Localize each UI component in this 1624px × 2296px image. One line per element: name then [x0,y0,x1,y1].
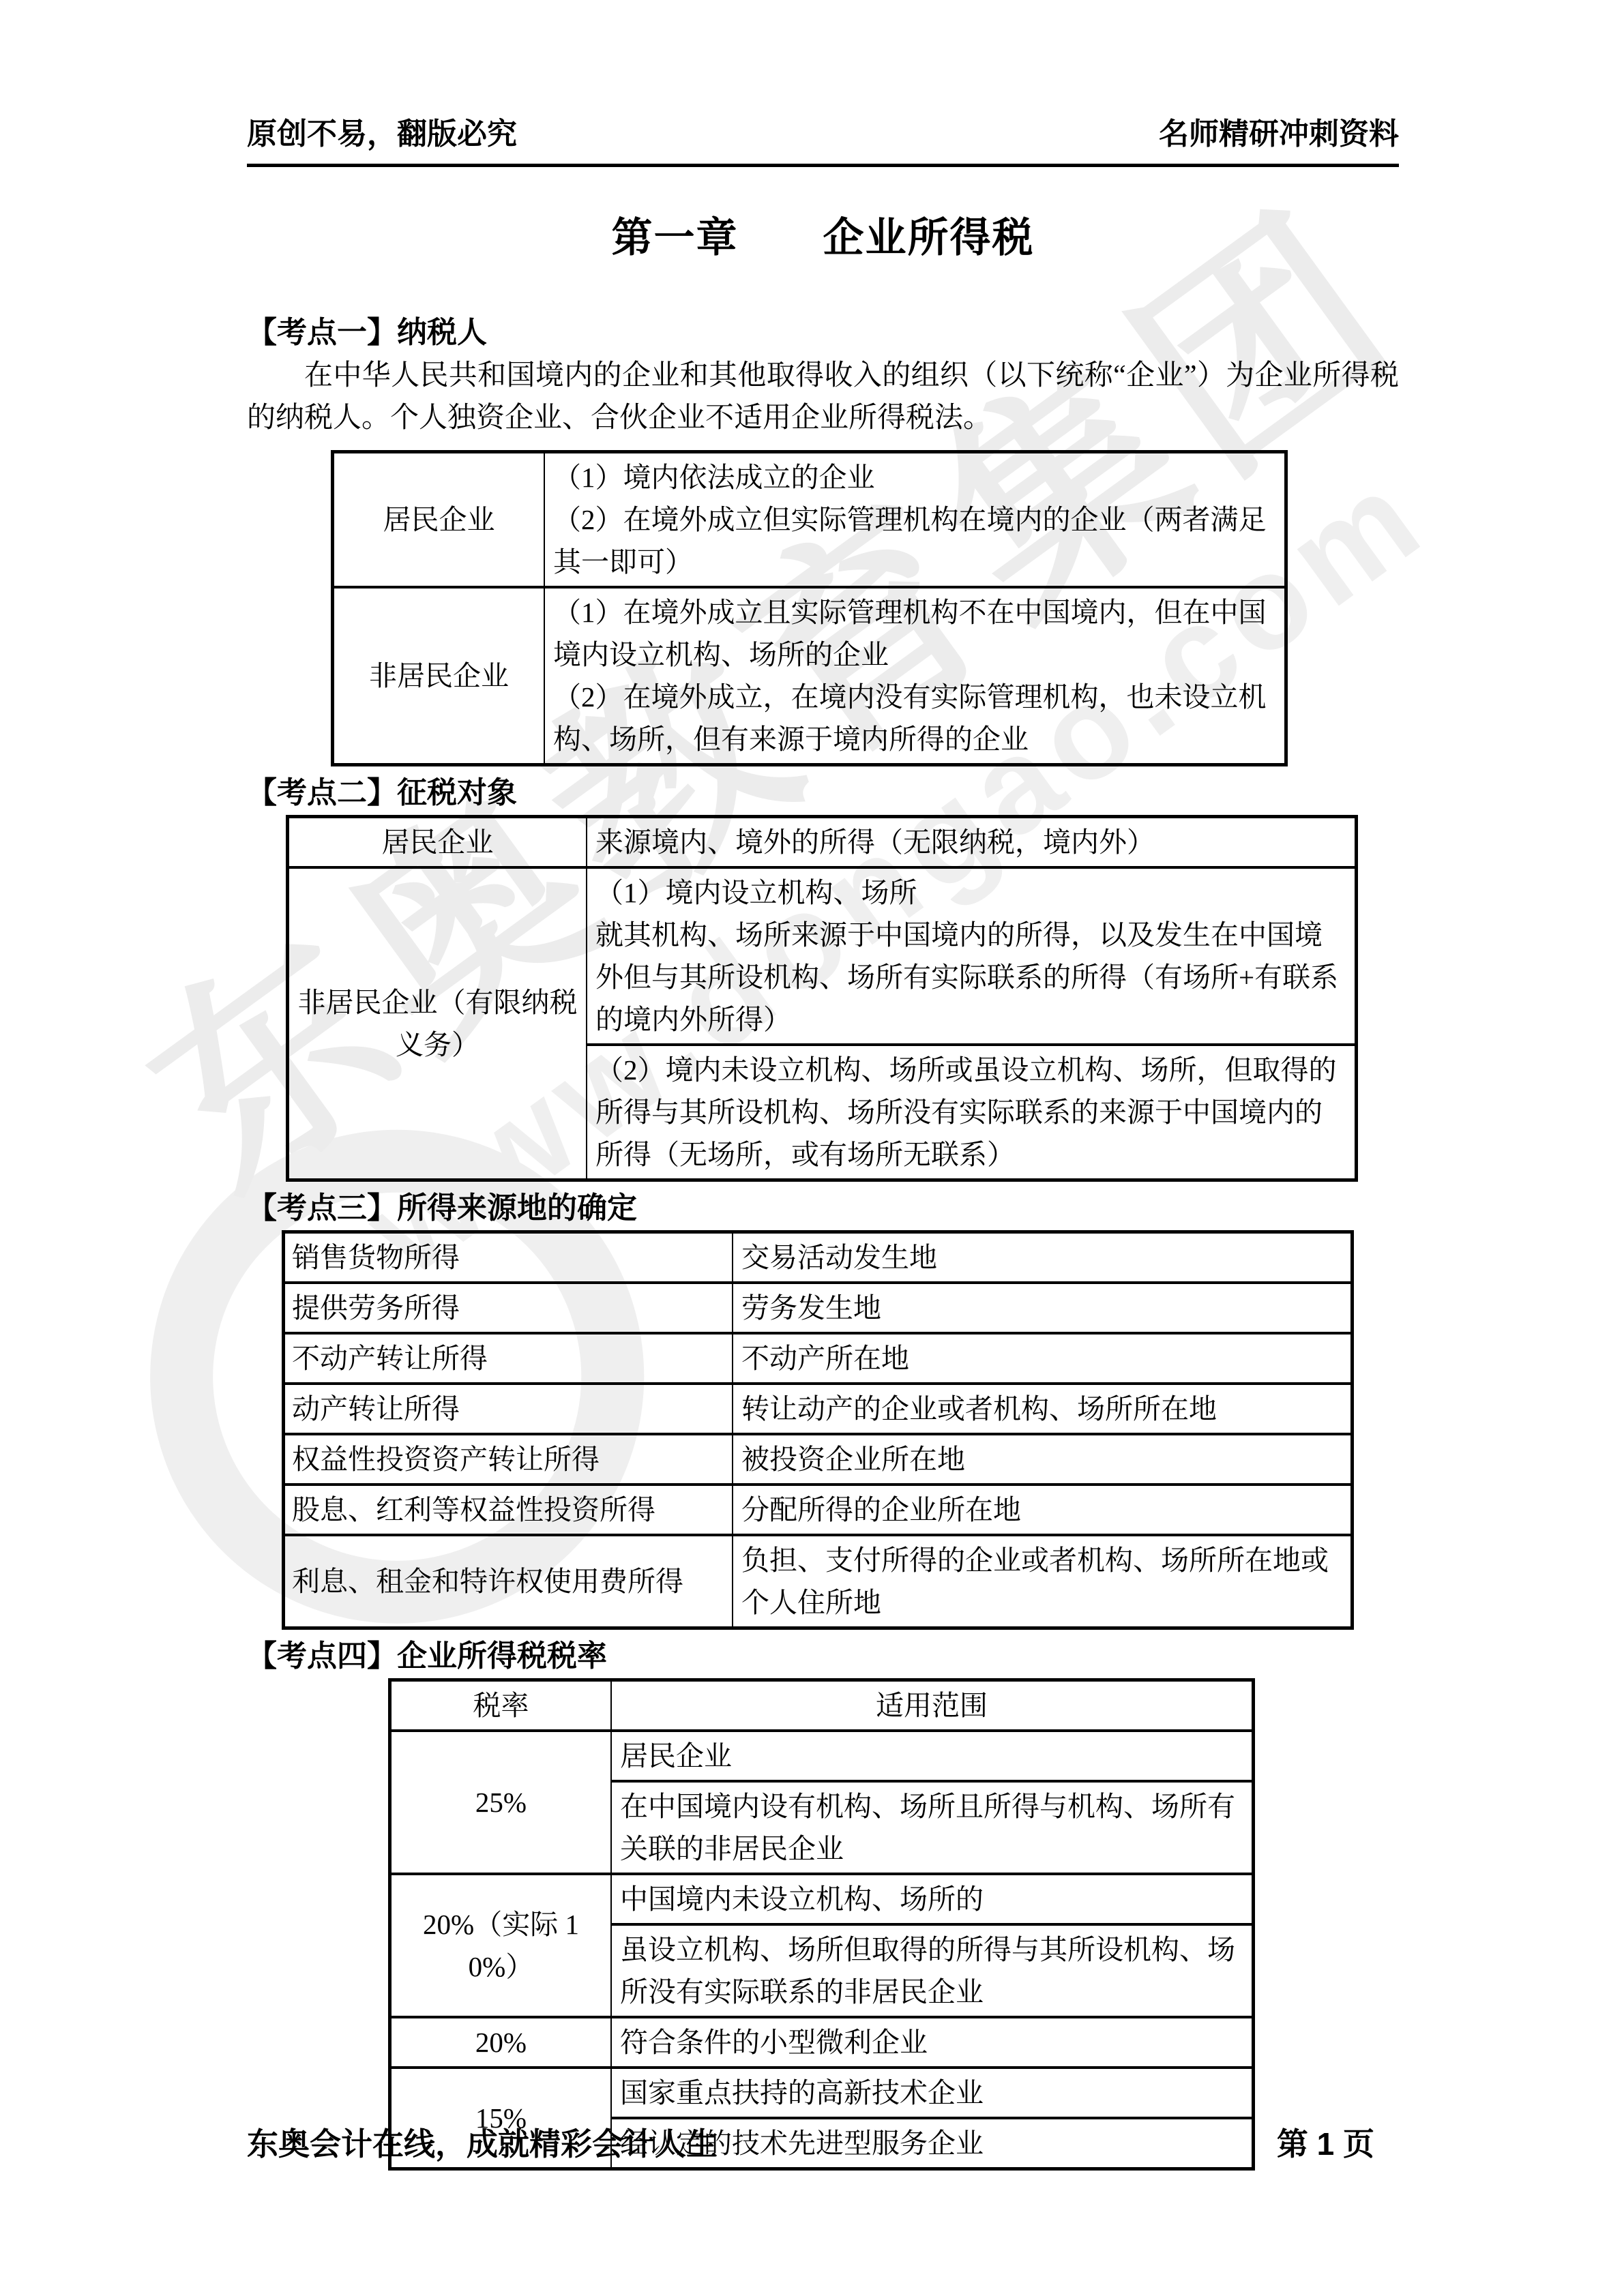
section-heading-kaodian-4: 【考点四】企业所得税税率 [247,1638,1399,1674]
income-type: 动产转让所得 [284,1384,733,1434]
source-place: 被投资企业所在地 [733,1434,1353,1485]
row-content: （1）在境外成立且实际管理机构不在中国境内，但在中国境内设立机构、场所的企业 （… [544,587,1286,765]
source-place: 转让动产的企业或者机构、场所所在地 [733,1384,1353,1434]
table-row: 动产转让所得 转让动产的企业或者机构、场所所在地 [284,1384,1353,1434]
income-type: 不动产转让所得 [284,1333,733,1384]
header-left-text: 原创不易，翻版必究 [247,109,517,153]
income-type: 提供劳务所得 [284,1283,733,1333]
rate-value: 20%（实际 10%） [390,1874,612,2017]
footer-left-text: 东奥会计在线，成就精彩会计人生 [247,2119,718,2164]
document-page: 原创不易，翻版必究 名师精研冲刺资料 第一章 企业所得税 【考点一】纳税人 在中… [0,0,1624,2296]
source-place: 分配所得的企业所在地 [733,1485,1353,1535]
row-content: （1）境内依法成立的企业 （2）在境外成立但实际管理机构在境内的企业（两者满足其… [544,452,1286,588]
scope-item: 居民企业 [611,1731,1254,1781]
row-content: （1）境内设立机构、场所 就其机构、场所来源于中国境内的所得，以及发生在中国境外… [587,867,1357,1045]
row-label: 非居民企业 [333,587,545,765]
table-row: 销售货物所得 交易活动发生地 [284,1232,1353,1283]
row-label: 居民企业 [288,817,587,868]
table-row: 20% 符合条件的小型微利企业 [390,2017,1254,2068]
source-place: 负担、支付所得的企业或者机构、场所所在地或个人住所地 [733,1535,1353,1628]
source-place: 劳务发生地 [733,1283,1353,1333]
scope-item: 虽设立机构、场所但取得的所得与其所设机构、场所没有实际联系的非居民企业 [611,1924,1254,2017]
rate-value: 25% [390,1731,612,1874]
table-row: 权益性投资资产转让所得 被投资企业所在地 [284,1434,1353,1485]
table-row: 25% 居民企业 [390,1731,1254,1781]
income-type: 销售货物所得 [284,1232,733,1283]
tax-rate-table: 税率 适用范围 25% 居民企业 在中国境内设有机构、场所且所得与机构、场所有关… [388,1678,1255,2171]
header-right-text: 名师精研冲刺资料 [1159,109,1399,153]
income-type: 利息、租金和特许权使用费所得 [284,1535,733,1628]
table-row: 股息、红利等权益性投资所得 分配所得的企业所在地 [284,1485,1353,1535]
content-item: （1）在境外成立且实际管理机构不在中国境内，但在中国境内设立机构、场所的企业 [553,591,1276,676]
page-footer: 东奥会计在线，成就精彩会计人生 第 1 页 [247,2119,1399,2164]
footer-page-number: 第 1 页 [1277,2119,1374,2164]
table-row: 不动产转让所得 不动产所在地 [284,1333,1353,1384]
column-header-rate: 税率 [390,1680,612,1731]
table-row: 非居民企业（有限纳税义务） （1）境内设立机构、场所 就其机构、场所来源于中国境… [288,867,1357,1045]
table-header-row: 税率 适用范围 [390,1680,1254,1731]
tax-object-table: 居民企业 来源境内、境外的所得（无限纳税，境内外） 非居民企业（有限纳税义务） … [286,815,1358,1182]
income-source-table: 销售货物所得 交易活动发生地 提供劳务所得 劳务发生地 不动产转让所得 不动产所… [282,1230,1354,1630]
row-content: 来源境内、境外的所得（无限纳税，境内外） [587,817,1357,868]
table-row: 提供劳务所得 劳务发生地 [284,1283,1353,1333]
column-header-scope: 适用范围 [611,1680,1254,1731]
source-place: 不动产所在地 [733,1333,1353,1384]
content-item: （2）在境外成立但实际管理机构在境内的企业（两者满足其一即可） [553,498,1276,583]
rate-value: 20% [390,2017,612,2068]
scope-item: 中国境内未设立机构、场所的 [611,1874,1254,1924]
scope-item: 国家重点扶持的高新技术企业 [611,2068,1254,2118]
row-label: 居民企业 [333,452,545,588]
row-label: 非居民企业（有限纳税义务） [288,867,587,1180]
content-item: （2）在境外成立，在境内没有实际管理机构，也未设立机构、场所，但有来源于境内所得… [553,676,1276,760]
page-header: 原创不易，翻版必究 名师精研冲刺资料 [247,109,1399,167]
scope-item: 在中国境内设有机构、场所且所得与机构、场所有关联的非居民企业 [611,1781,1254,1874]
section-heading-kaodian-3: 【考点三】所得来源地的确定 [247,1190,1399,1226]
source-place: 交易活动发生地 [733,1232,1353,1283]
page-title: 第一章 企业所得税 [247,205,1399,264]
content-item-body: 就其机构、场所来源于中国境内的所得，以及发生在中国境外但与其所设机构、场所有实际… [595,914,1346,1041]
table-row: 非居民企业 （1）在境外成立且实际管理机构不在中国境内，但在中国境内设立机构、场… [333,587,1286,765]
scope-item: 符合条件的小型微利企业 [611,2017,1254,2068]
content-item: （1）境内依法成立的企业 [553,456,1276,498]
income-type: 股息、红利等权益性投资所得 [284,1485,733,1535]
table-row: 居民企业 （1）境内依法成立的企业 （2）在境外成立但实际管理机构在境内的企业（… [333,452,1286,588]
intro-paragraph: 在中华人民共和国境内的企业和其他取得收入的组织（以下统称“企业”）为企业所得税的… [247,355,1399,439]
content-item-title: （1）境内设立机构、场所 [595,871,1346,914]
taxpayer-table: 居民企业 （1）境内依法成立的企业 （2）在境外成立但实际管理机构在境内的企业（… [331,450,1288,766]
table-row: 15% 国家重点扶持的高新技术企业 [390,2068,1254,2118]
table-row: 20%（实际 10%） 中国境内未设立机构、场所的 [390,1874,1254,1924]
row-content: （2）境内未设立机构、场所或虽设立机构、场所，但取得的所得与其所设机构、场所没有… [587,1045,1357,1180]
income-type: 权益性投资资产转让所得 [284,1434,733,1485]
table-row: 利息、租金和特许权使用费所得 负担、支付所得的企业或者机构、场所所在地或个人住所… [284,1535,1353,1628]
table-row: 居民企业 来源境内、境外的所得（无限纳税，境内外） [288,817,1357,868]
section-heading-kaodian-1: 【考点一】纳税人 [247,314,1399,351]
section-heading-kaodian-2: 【考点二】征税对象 [247,775,1399,811]
